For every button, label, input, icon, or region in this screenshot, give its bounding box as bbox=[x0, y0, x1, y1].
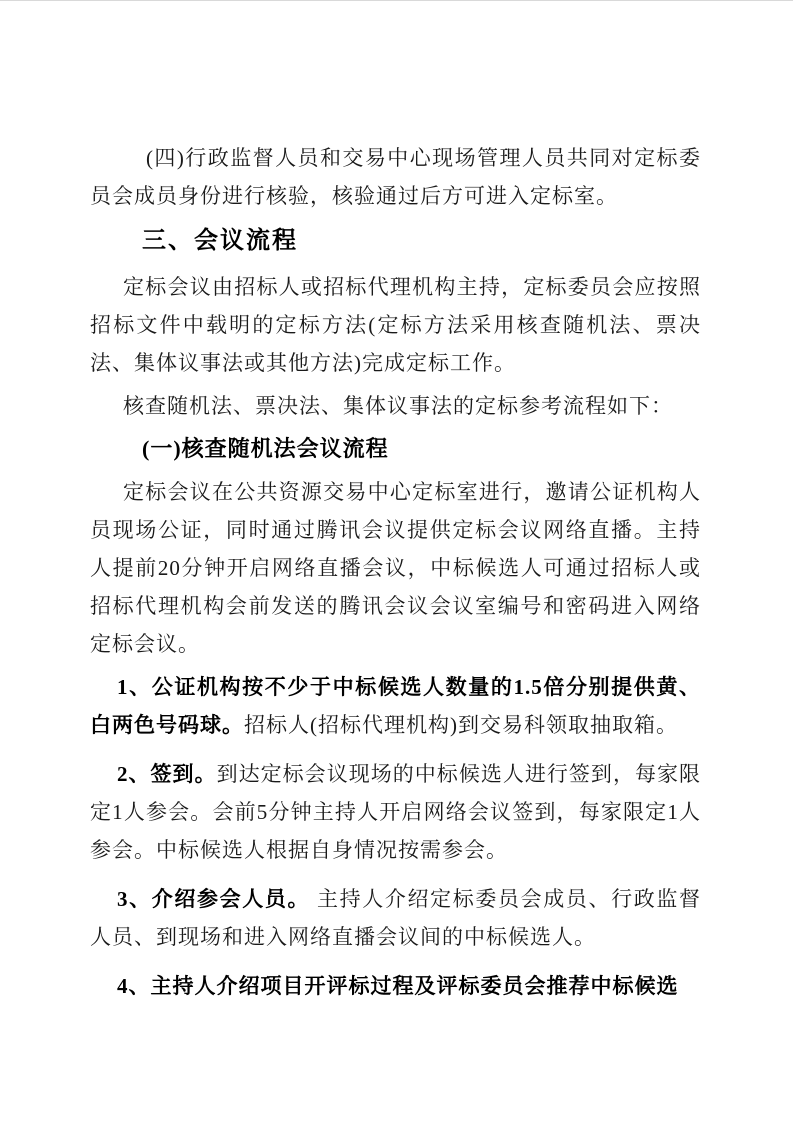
list-item-1-body: 招标人(招标代理机构)到交易科领取抽取箱。 bbox=[244, 713, 678, 737]
list-item-4-lead: 4、主持人介绍项目开评标过程及评标委员会推荐中标候选 bbox=[117, 974, 679, 998]
paragraph-admin-verification: (四)行政监督人员和交易中心现场管理人员共同对定标委员会成员身份进行核验，核验通… bbox=[90, 139, 701, 215]
paragraph-meeting-setup: 定标会议在公共资源交易中心定标室进行，邀请公证机构人员现场公证，同时通过腾讯会议… bbox=[90, 473, 701, 663]
list-item-3: 3、介绍参会人员。 主持人介绍定标委员会成员、行政监督人员、到现场和进入网络直播… bbox=[90, 880, 701, 956]
list-item-4: 4、主持人介绍项目开评标过程及评标委员会推荐中标候选 bbox=[90, 967, 701, 1005]
document-content: (四)行政监督人员和交易中心现场管理人员共同对定标委员会成员身份进行核验，核验通… bbox=[90, 139, 701, 1005]
paragraph-methods-intro: 核查随机法、票决法、集体议事法的定标参考流程如下： bbox=[90, 387, 701, 425]
paragraph-meeting-host: 定标会议由招标人或招标代理机构主持，定标委员会应按照招标文件中载明的定标方法(定… bbox=[90, 268, 701, 382]
document-page: (四)行政监督人员和交易中心现场管理人员共同对定标委员会成员身份进行核验，核验通… bbox=[0, 0, 793, 1122]
heading-meeting-flow: 三、会议流程 bbox=[90, 219, 701, 263]
list-item-3-lead: 3、介绍参会人员。 bbox=[117, 887, 310, 911]
list-item-1: 1、公证机构按不少于中标候选人数量的1.5倍分别提供黄、白两色号码球。招标人(招… bbox=[90, 668, 701, 744]
list-item-2-lead: 2、签到。 bbox=[117, 762, 217, 786]
list-item-2: 2、签到。到达定标会议现场的中标候选人进行签到，每家限定1人参会。会前5分钟主持… bbox=[90, 755, 701, 869]
heading-random-check-method: (一)核查随机法会议流程 bbox=[90, 430, 701, 468]
